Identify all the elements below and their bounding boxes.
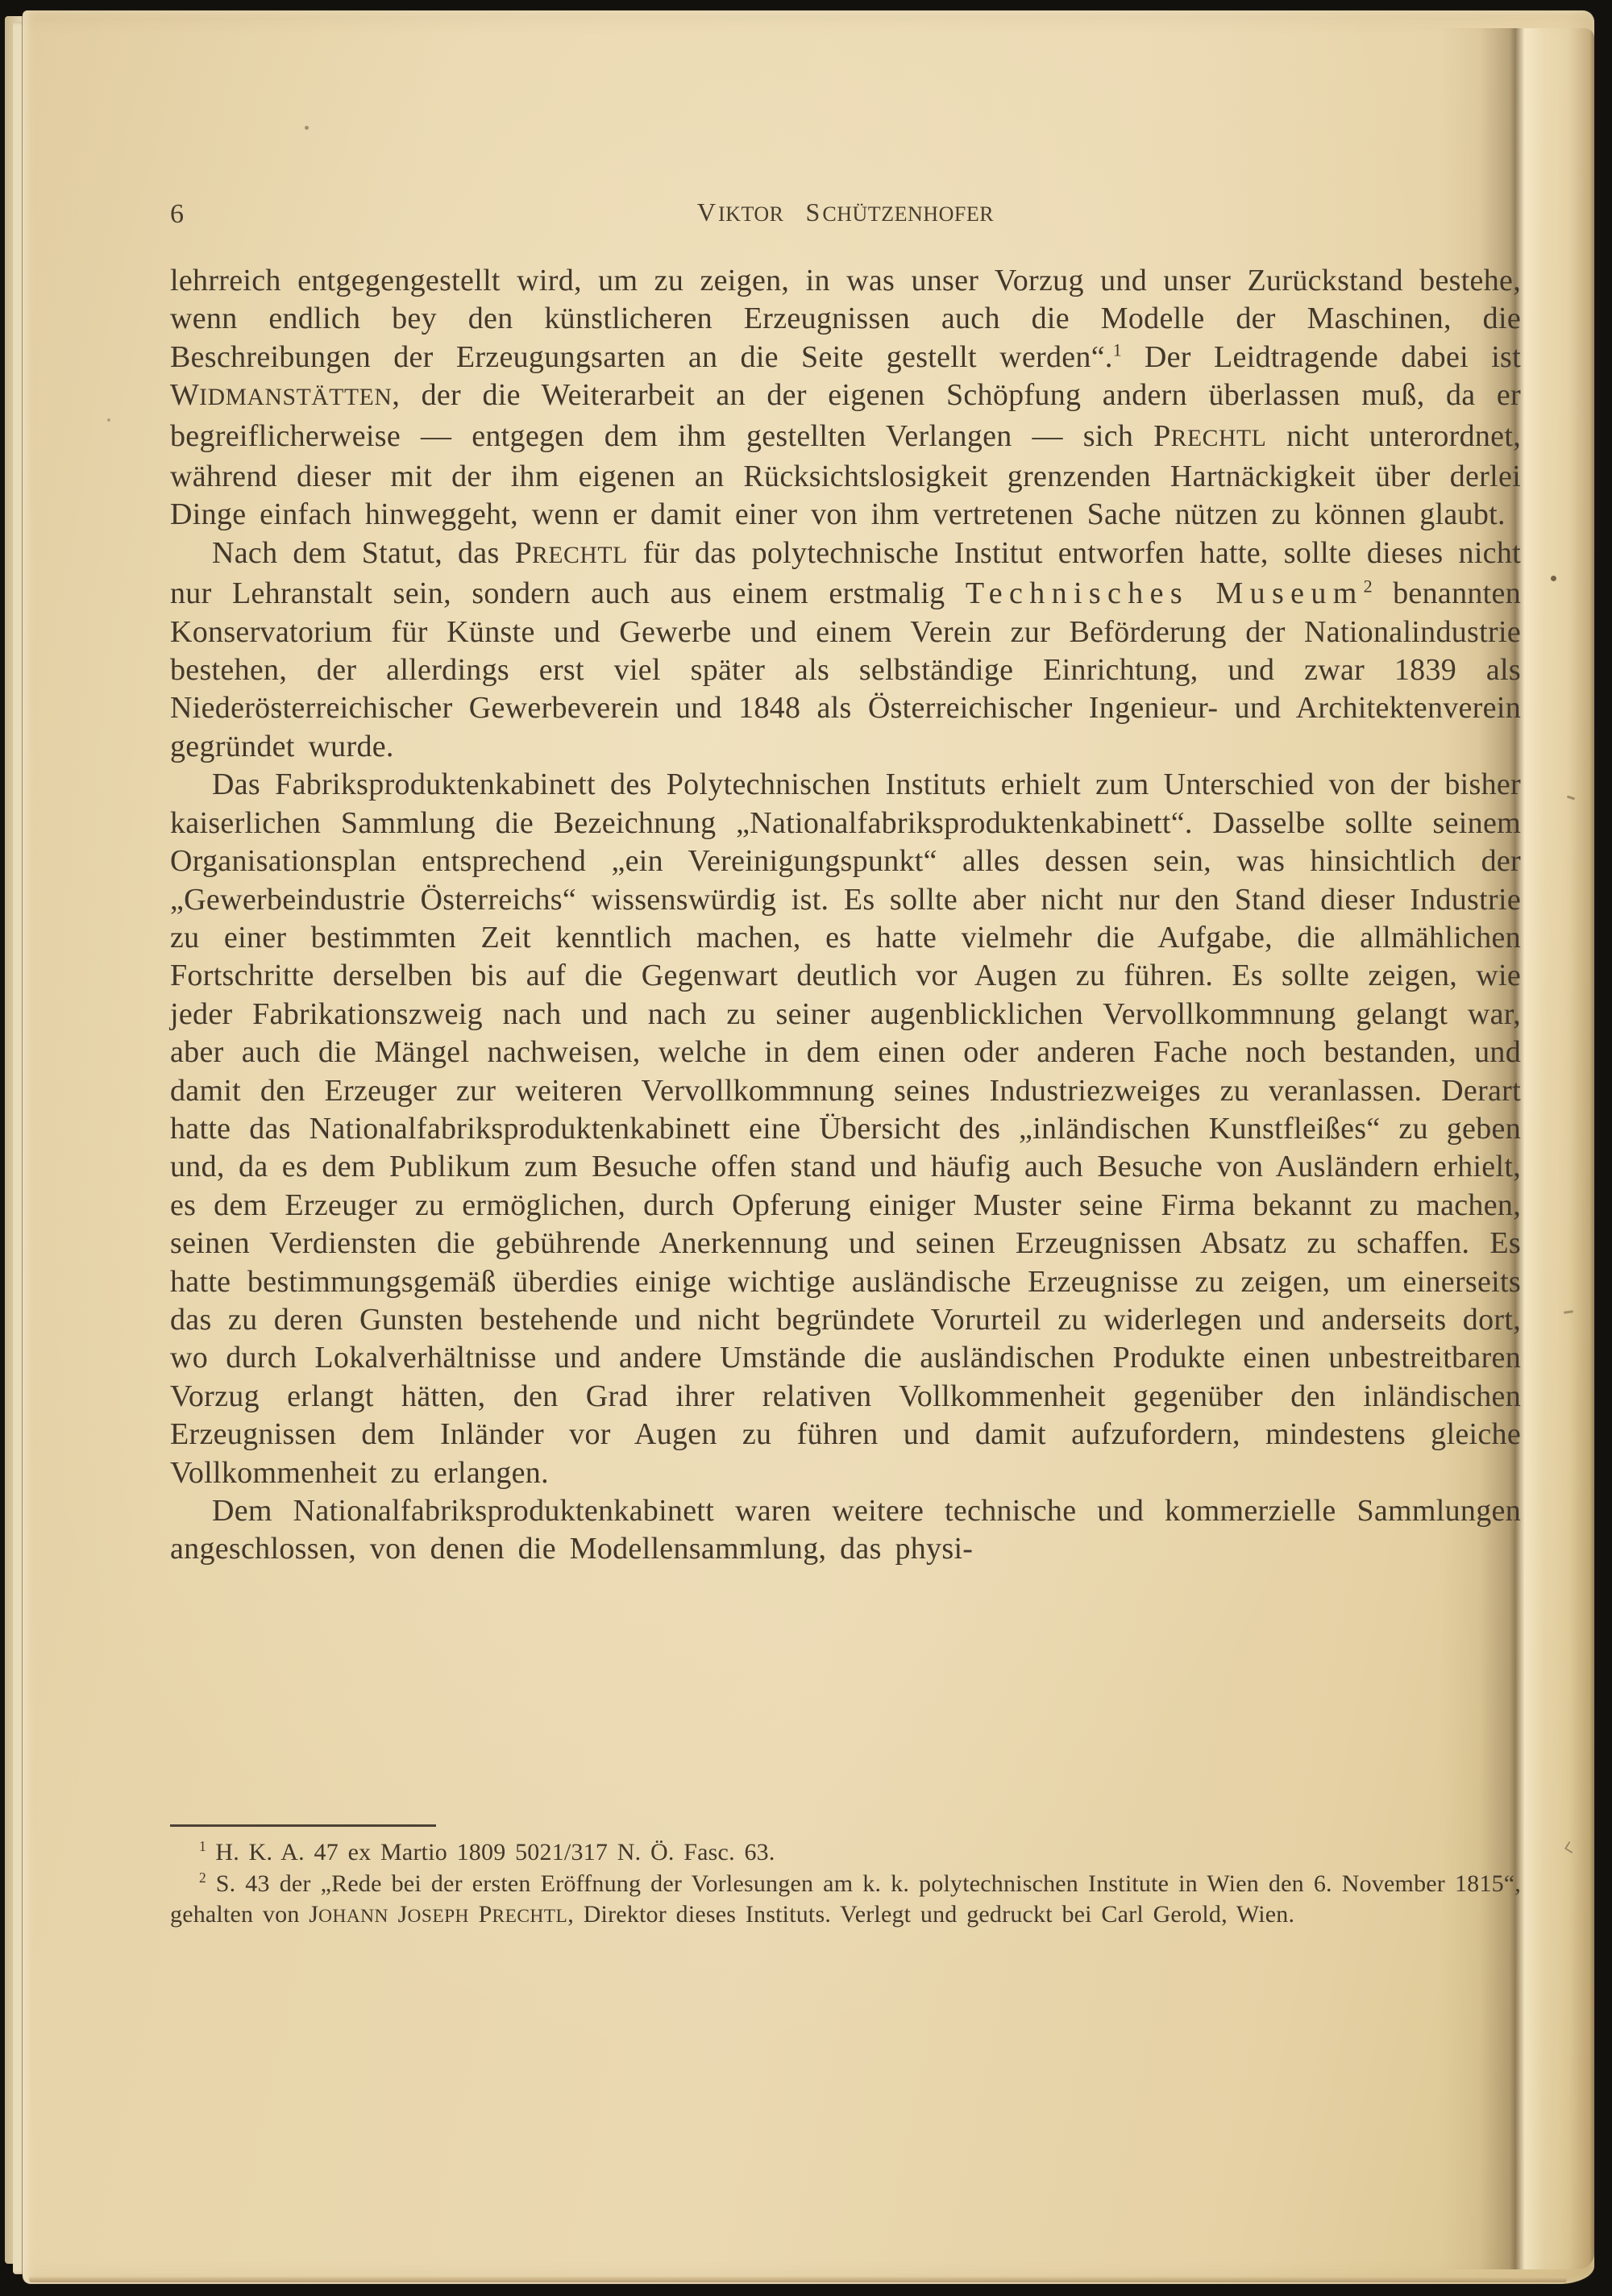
body-paragraph: lehrreich entgegengestellt wird, um zu z… xyxy=(170,262,1521,534)
footnote: 1 H. K. A. 47 ex Martio 1809 5021/317 N.… xyxy=(170,1837,1521,1869)
body-paragraph: Das Fabriksproduktenkabinett des Polytec… xyxy=(170,766,1521,1492)
paper-speck xyxy=(107,418,110,422)
body-paragraph: Nach dem Statut, das PRECHTL für das pol… xyxy=(170,534,1521,766)
page-number: 6 xyxy=(170,199,184,230)
paper-speck xyxy=(305,126,309,130)
paper-speck xyxy=(1551,576,1556,581)
footnotes: 1 H. K. A. 47 ex Martio 1809 5021/317 N.… xyxy=(170,1837,1521,1932)
footnote: 2 S. 43 der „Rede bei der ersten Eröffnu… xyxy=(170,1869,1521,1932)
page-body: lehrreich entgegengestellt wird, um zu z… xyxy=(170,262,1521,1569)
body-paragraph: Dem Nationalfabriksproduktenkabinett war… xyxy=(170,1492,1521,1569)
page-bottom-edge xyxy=(29,2277,1567,2282)
book-scan: 6 VIKTOR SCHÜTZENHOFER lehrreich entgege… xyxy=(0,0,1612,2296)
running-header: 6 VIKTOR SCHÜTZENHOFER xyxy=(170,198,1521,227)
footnote-separator xyxy=(170,1824,436,1827)
running-header-title: VIKTOR SCHÜTZENHOFER xyxy=(170,198,1521,227)
book-page: 6 VIKTOR SCHÜTZENHOFER lehrreich entgege… xyxy=(23,10,1594,2284)
